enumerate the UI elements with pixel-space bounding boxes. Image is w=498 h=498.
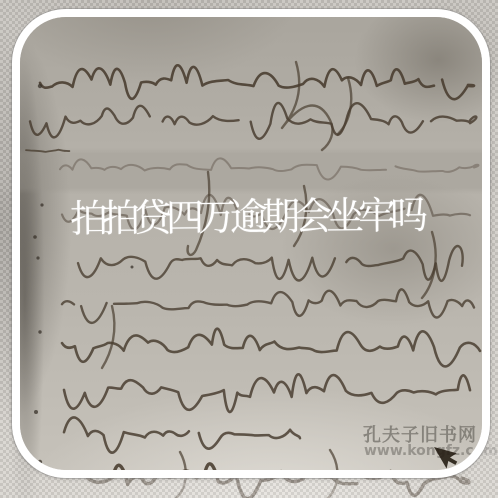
arrow-cursor-icon	[12, 9, 490, 478]
photo-card[interactable]: 拍拍贷四万逾期会坐牢吗 孔夫子旧书网 www.kongfz.com	[12, 9, 490, 478]
manuscript-photo: 拍拍贷四万逾期会坐牢吗 孔夫子旧书网 www.kongfz.com	[12, 9, 490, 478]
